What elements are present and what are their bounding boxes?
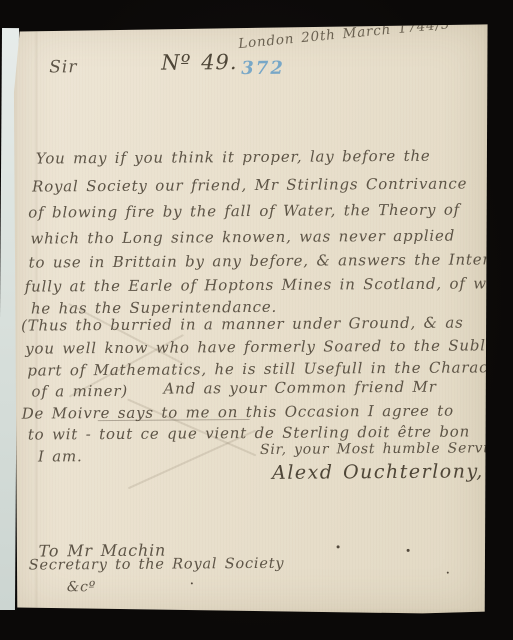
manuscript-line: you well know who have formerly Soared t… [25, 336, 513, 358]
manuscript-line: You may if you think it proper, lay befo… [36, 147, 431, 168]
ink-speck [407, 549, 410, 552]
salutation: Sir [49, 57, 77, 77]
address-etcetera: &cº [67, 579, 96, 595]
manuscript-line: fully at the Earle of Hoptons Mines in S… [25, 274, 513, 295]
signature: Alexd Ouchterlony, [272, 460, 484, 483]
manuscript-line: Royal Society our friend, Mr Stirlings C… [32, 174, 467, 195]
manuscript-line: which tho Long since knowen, was never a… [30, 227, 455, 248]
manuscript-line: And as your Common friend Mr [163, 378, 436, 398]
ink-speck [191, 582, 193, 584]
address-title: Secretary to the Royal Society [29, 556, 285, 574]
manuscript-line: of blowing fire by the fall of Water, th… [28, 201, 460, 222]
dateline: London 20th March 1744/5 [238, 16, 451, 52]
handwriting-layer: Sir Nº 49. 372 London 20th March 1744/5 … [11, 20, 491, 615]
manuscript-line: De Moivre says to me on this Occasion I … [22, 402, 454, 423]
ink-speck [447, 572, 449, 574]
manuscript-line: to use in Brittain by any before, & answ… [29, 250, 513, 271]
ink-speck [337, 545, 340, 548]
valediction: Sir, your Most humble Servt [260, 440, 490, 458]
photo-background: Sir Nº 49. 372 London 20th March 1744/5 … [0, 0, 513, 640]
archive-number-blue: 372 [241, 58, 285, 79]
document-number: Nº 49. [161, 50, 237, 75]
manuscript-line: part of Mathematics, he is still Usefull… [27, 358, 513, 379]
letter-page: Sir Nº 49. 372 London 20th March 1744/5 … [13, 22, 489, 614]
manuscript-line: of a miner) [31, 382, 128, 401]
valediction-intro: I am. [38, 447, 83, 465]
manuscript-line: (Thus tho burried in a manner under Grou… [21, 314, 464, 335]
